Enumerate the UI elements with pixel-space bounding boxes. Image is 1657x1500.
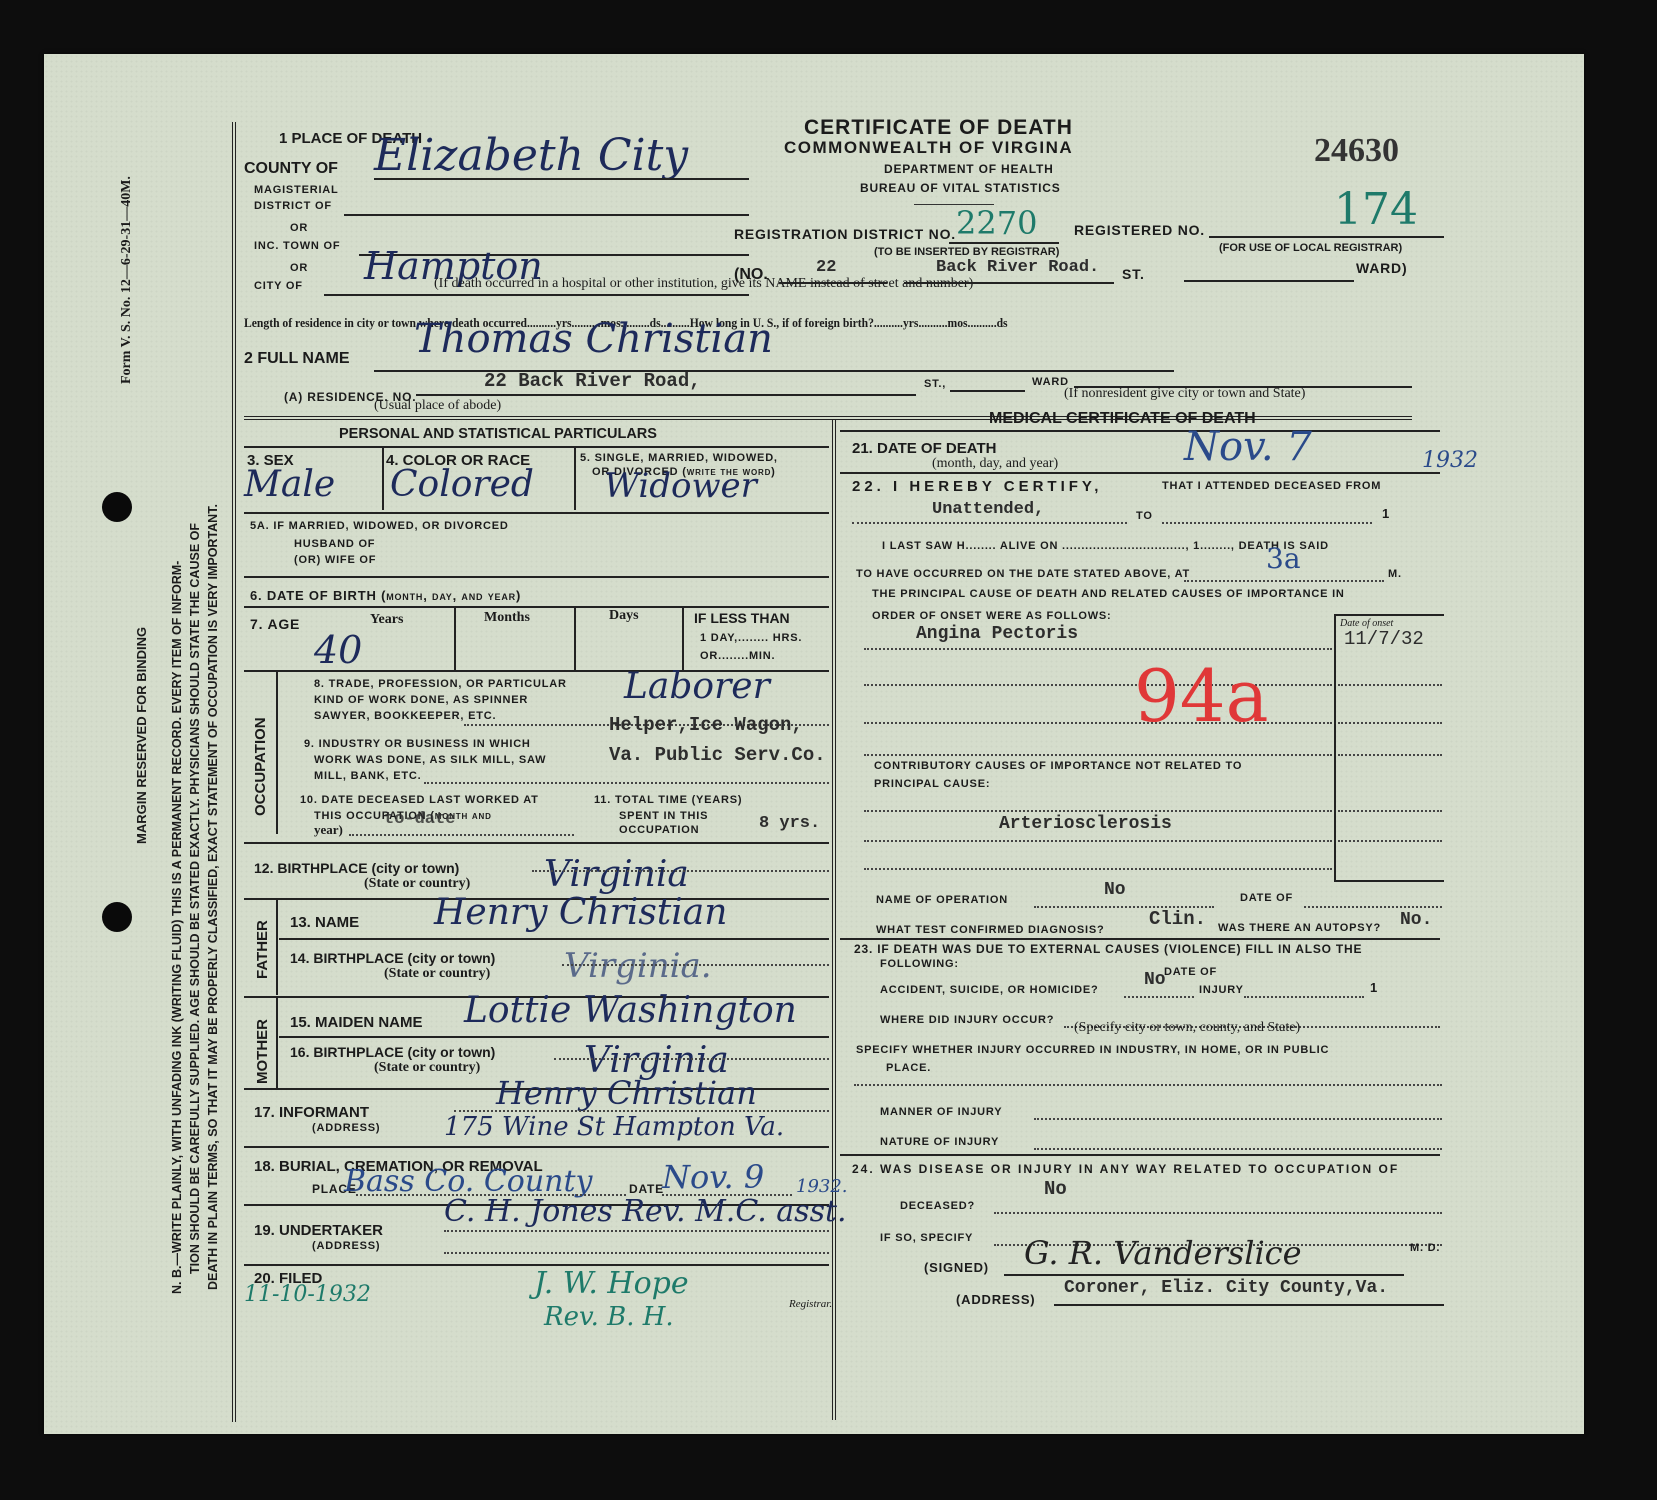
address-label: (ADDRESS): [956, 1292, 1035, 1307]
certify-label: 22. I HEREBY CERTIFY,: [852, 478, 1102, 495]
contributory-label-2: PRINCIPAL CAUSE:: [874, 778, 990, 790]
town-label: INC. TOWN OF: [254, 240, 340, 252]
registered-no-value: 174: [1334, 184, 1418, 235]
operation-label: NAME OF OPERATION: [876, 894, 1008, 906]
registered-no-label: REGISTERED NO.: [1074, 222, 1205, 238]
filed-date: 11-10-1932: [244, 1282, 371, 1307]
margin-instruction-3: DEATH IN PLAIN TERMS, SO THAT IT MAY BE …: [206, 504, 220, 1290]
county-value: Elizabeth City: [374, 130, 688, 181]
ward-label: WARD): [1356, 260, 1407, 276]
sex-value: Male: [244, 464, 335, 505]
principal-label: THE PRINCIPAL CAUSE OF DEATH AND RELATED…: [872, 588, 1345, 600]
dod-sublabel: (month, day, and year): [932, 456, 1058, 472]
punch-hole-bottom: [102, 902, 132, 932]
last-worked-value: to-date: [384, 810, 455, 829]
undertaker-address-label: (ADDRESS): [312, 1240, 380, 1252]
marital-label: 5. SINGLE, MARRIED, WIDOWED,: [580, 452, 778, 464]
county-label: COUNTY OF: [244, 160, 338, 178]
district-no-label: REGISTRATION DISTRICT NO.: [734, 226, 956, 242]
residence-value: 22 Back River Road,: [484, 370, 701, 392]
autopsy-value: No.: [1400, 910, 1432, 930]
dod-value: Nov. 7: [1184, 424, 1312, 470]
column-divider: [832, 420, 836, 1420]
death-certificate: Form V. S. No. 12—6-29-31—40M. MARGIN RE…: [44, 54, 1584, 1434]
injury-year: 1: [1370, 980, 1377, 995]
cert-title: CERTIFICATE OF DEATH: [804, 116, 1073, 140]
principal-cause: Angina Pectoris: [916, 624, 1078, 644]
mother-birthplace-sublabel: (State or country): [374, 1060, 480, 1076]
occurred-label: TO HAVE OCCURRED ON THE DATE STATED ABOV…: [856, 568, 1190, 580]
less-than-min: OR........MIN.: [700, 650, 775, 662]
to-label: TO: [1136, 510, 1153, 522]
father-name-value: Henry Christian: [434, 892, 727, 933]
burial-date-value: Nov. 9: [662, 1158, 764, 1196]
specify-label-1: SPECIFY WHETHER INJURY OCCURRED IN INDUS…: [856, 1044, 1329, 1056]
contributory-cause: Arteriosclerosis: [999, 814, 1172, 834]
trade-label-1: 8. TRADE, PROFESSION, OR PARTICULAR: [314, 678, 567, 690]
informant-name: Henry Christian: [496, 1074, 757, 1112]
age-value: 40: [314, 628, 362, 672]
dod-label: 21. DATE OF DEATH: [852, 440, 996, 457]
district-no-note: (TO BE INSERTED BY REGISTRAR): [874, 246, 1059, 258]
autopsy-label: WAS THERE AN AUTOPSY?: [1218, 922, 1381, 934]
undertaker-label: 19. UNDERTAKER: [254, 1222, 383, 1239]
physician-address: Coroner, Eliz. City County,Va.: [1064, 1278, 1388, 1298]
physician-signature: G. R. Vanderslice: [1024, 1234, 1302, 1272]
spouse-label-2: HUSBAND OF: [294, 538, 375, 550]
injury-label: INJURY: [1199, 984, 1244, 996]
informant-address-label: (ADDRESS): [312, 1122, 380, 1134]
accident-label: ACCIDENT, SUICIDE, OR HOMICIDE?: [880, 984, 1099, 996]
father-name-label: 13. NAME: [290, 914, 359, 931]
total-time-label-3: OCCUPATION: [619, 824, 699, 836]
months-label: Months: [484, 610, 530, 626]
or-label-2: OR: [290, 262, 308, 274]
total-time-label-1: 11. TOTAL TIME (YEARS): [594, 794, 742, 806]
registrar-label: Registrar.: [789, 1298, 832, 1310]
race-value: Colored: [390, 464, 534, 505]
margin-instruction-1: N. B.—WRITE PLAINLY, WITH UNFADING INK (…: [170, 561, 184, 1294]
industry-value: Va. Public Serv.Co.: [609, 744, 826, 766]
informant-address: 175 Wine St Hampton Va.: [444, 1112, 784, 1142]
total-time-value: 8 yrs.: [759, 814, 820, 833]
city-label: CITY OF: [254, 280, 303, 292]
external-date-of-label: DATE OF: [1164, 966, 1217, 978]
nonresident-note: (If nonresident give city or town and St…: [1064, 386, 1305, 402]
father-birthplace-label: 14. BIRTHPLACE (city or town): [290, 950, 495, 966]
punch-hole-top: [102, 492, 132, 522]
street-no-value: 22: [816, 258, 836, 277]
operation-value: No: [1104, 880, 1126, 900]
last-saw-label: I LAST SAW H........ ALIVE ON ..........…: [882, 540, 1329, 552]
trade-value: Laborer: [624, 666, 770, 707]
signed-label: (SIGNED): [924, 1260, 989, 1275]
industry-label-2: WORK WAS DONE, AS SILK MILL, SAW: [314, 754, 546, 766]
full-name-label: 2 FULL NAME: [244, 350, 349, 368]
occ-related-value: No: [1044, 1178, 1067, 1200]
magisterial-label: MAGISTERIAL: [254, 184, 339, 196]
where-note: (Specify city or town, county, and State…: [1074, 1020, 1300, 1036]
mother-name-label: 15. MAIDEN NAME: [290, 1014, 423, 1031]
street-no-label: (NO.: [734, 266, 768, 284]
less-than-label: IF LESS THAN: [694, 610, 790, 626]
occ-related-label-2: DECEASED?: [900, 1200, 975, 1212]
accident-value: No: [1144, 970, 1166, 990]
spouse-label-3: (OR) WIFE OF: [294, 554, 376, 566]
residence-st-label: ST.,: [924, 378, 946, 390]
last-worked-label-1: 10. DATE DECEASED LAST WORKED AT: [300, 794, 539, 806]
birthplace-value: Virginia: [544, 854, 689, 895]
father-birthplace-sublabel: (State or country): [384, 966, 490, 982]
onset-date: 11/7/32: [1344, 628, 1424, 650]
cert-subtitle: COMMONWEALTH OF VIRGINA: [784, 138, 1073, 158]
birthplace-label: 12. BIRTHPLACE (city or town): [254, 860, 459, 876]
residence-note: (Usual place of abode): [374, 398, 501, 414]
contributory-label-1: CONTRIBUTORY CAUSES OF IMPORTANCE NOT RE…: [874, 760, 1242, 772]
age-label: 7. AGE: [250, 616, 300, 632]
red-code-mark: 94a: [1134, 654, 1269, 738]
trade-typed-value: Helper,Ice Wagon,: [609, 714, 803, 736]
industry-label-3: MILL, BANK, ETC.: [314, 770, 422, 782]
years-label: Years: [370, 612, 403, 628]
if-so-specify-label: IF SO, SPECIFY: [880, 1232, 973, 1244]
registrar-signature: J. W. Hope: [534, 1266, 689, 1301]
industry-label-1: 9. INDUSTRY OR BUSINESS IN WHICH: [304, 738, 531, 750]
hospital-note: (If death occurred in a hospital or othe…: [434, 276, 973, 292]
father-birthplace-value: Virginia.: [564, 946, 712, 986]
spouse-label-1: 5A. IF MARRIED, WIDOWED, OR DIVORCED: [250, 520, 509, 532]
occupation-side-label: OCCUPATION: [252, 717, 269, 816]
cert-bureau: BUREAU OF VITAL STATISTICS: [860, 181, 1061, 195]
trade-label-3: SAWYER, BOOKKEEPER, ETC.: [314, 710, 496, 722]
or-label-1: OR: [290, 222, 308, 234]
operation-date-label: DATE OF: [1240, 892, 1293, 904]
personal-heading: PERSONAL AND STATISTICAL PARTICULARS: [339, 426, 657, 442]
order-label: ORDER OF ONSET WERE AS FOLLOWS:: [872, 610, 1112, 622]
m-label: M.: [1388, 568, 1402, 580]
district-label: DISTRICT OF: [254, 200, 332, 212]
time-of-death: 3a: [1266, 542, 1301, 575]
birthplace-sublabel: (State or country): [364, 876, 470, 892]
test-value: Clin.: [1149, 908, 1206, 930]
father-side-label: FATHER: [254, 920, 271, 979]
cert-department: DEPARTMENT OF HEALTH: [884, 162, 1054, 176]
manner-label: MANNER OF INJURY: [880, 1106, 1002, 1118]
occ-related-label-1: 24. WAS DISEASE OR INJURY IN ANY WAY REL…: [852, 1162, 1399, 1176]
days-label: Days: [609, 608, 639, 624]
form-number: Form V. S. No. 12—6-29-31—40M.: [119, 176, 135, 384]
total-time-label-2: SPENT IN THIS: [619, 810, 708, 822]
district-no-value: 2270: [956, 204, 1037, 242]
form-left-border: [232, 122, 236, 1422]
less-than-hrs: 1 DAY,........ HRS.: [700, 632, 802, 644]
dob-label: 6. DATE OF BIRTH (month, day, and year): [250, 588, 521, 603]
last-worked-label-3: year): [314, 822, 343, 838]
marital-value: Widower: [604, 466, 757, 506]
mother-side-label: MOTHER: [254, 1019, 271, 1084]
attended-value: Unattended,: [932, 500, 1044, 519]
md-label: M. D.: [1410, 1242, 1440, 1254]
where-label: WHERE DID INJURY OCCUR?: [880, 1014, 1054, 1026]
dod-year: 1932: [1422, 448, 1478, 473]
mother-name-value: Lottie Washington: [464, 990, 797, 1031]
trade-label-2: KIND OF WORK DONE, AS SPINNER: [314, 694, 528, 706]
year-prefix: 1: [1382, 506, 1389, 521]
nature-label: NATURE OF INJURY: [880, 1136, 999, 1148]
external-label-2: FOLLOWING:: [880, 958, 959, 970]
test-label: WHAT TEST CONFIRMED DIAGNOSIS?: [876, 924, 1105, 936]
external-label-1: 23. IF DEATH WAS DUE TO EXTERNAL CAUSES …: [854, 942, 1362, 956]
certify-tail: THAT I ATTENDED DECEASED FROM: [1162, 480, 1381, 492]
full-name-value: Thomas Christian: [414, 316, 773, 362]
margin-binding-note: MARGIN RESERVED FOR BINDING: [134, 627, 149, 844]
informant-label: 17. INFORMANT: [254, 1104, 369, 1121]
specify-label-2: PLACE.: [886, 1062, 931, 1074]
registered-no-note: (FOR USE OF LOCAL REGISTRAR): [1219, 242, 1402, 254]
registrar-signature-2: Rev. B. H.: [544, 1302, 674, 1332]
street-value: Back River Road.: [936, 258, 1099, 277]
mother-birthplace-label: 16. BIRTHPLACE (city or town): [290, 1044, 495, 1060]
margin-instruction-2: TION SHOULD BE CAREFULLY SUPPLIED. AGE S…: [188, 523, 202, 1274]
certificate-number: 24630: [1314, 132, 1399, 170]
street-st-label: ST.: [1122, 266, 1145, 282]
undertaker-value: C. H. Jones Rev. M.C. asst.: [444, 1194, 847, 1229]
